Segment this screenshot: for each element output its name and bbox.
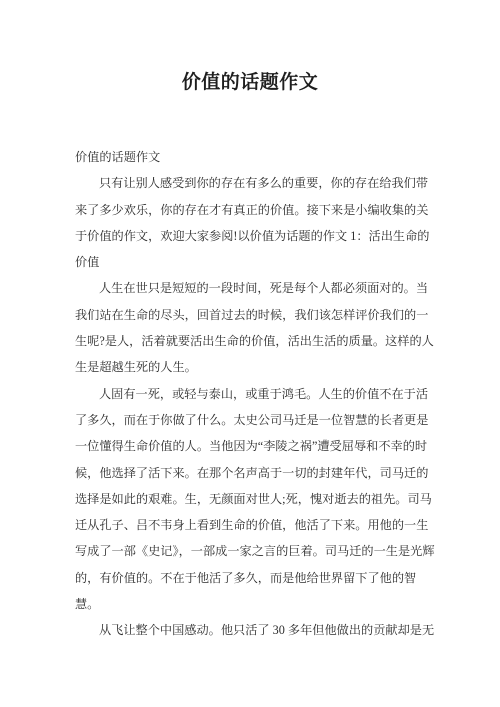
document-body: 价值的话题作文 只有让别人感受到你的存在有多么的重要，你的存在给我们带来了多少欢… — [75, 144, 431, 644]
text-line: 价值 — [75, 249, 431, 275]
text-line: 于价值的作文，欢迎大家参阅!以价值为话题的作文 1：活出生命的 — [75, 223, 431, 249]
body-paragraphs: 只有让别人感受到你的存在有多么的重要，你的存在给我们带来了多少欢乐，你的存在才有… — [75, 170, 431, 643]
text-line: 生呢?是人，活着就要活出生命的价值，活出生活的质量。这样的人 — [75, 328, 431, 354]
body-heading: 价值的话题作文 — [75, 144, 431, 170]
text-line: 慧。 — [75, 591, 431, 617]
text-line: 候，他选择了活下来。在那个名声高于一切的封建年代，司马迁的 — [75, 460, 431, 486]
text-line: 写成了一部《史记》，一部成一家之言的巨着。司马迁的一生是光辉 — [75, 538, 431, 564]
text-line: 一位懂得生命价值的人。当他因为“李陵之祸”遭受屈辱和不幸的时 — [75, 433, 431, 459]
text-line: 的，有价值的。不在于他活了多久，而是他给世界留下了他的智 — [75, 565, 431, 591]
text-line: 从飞让整个中国感动。他只活了 30 多年但他做出的贡献却是无 — [75, 617, 431, 643]
text-line: 了多久，而在于你做了什么。太史公司马迁是一位智慧的长者更是 — [75, 407, 431, 433]
text-line: 迁从孔子、吕不韦身上看到生命的价值，他活了下来。用他的一生 — [75, 512, 431, 538]
text-line: 我们站在生命的尽头，回首过去的时候，我们该怎样评价我们的一 — [75, 302, 431, 328]
text-line: 人生在世只是短短的一段时间，死是每个人都必须面对的。当 — [75, 275, 431, 301]
document-title: 价值的话题作文 — [0, 70, 500, 96]
text-line: 人固有一死，或轻与泰山，或重于鸿毛。人生的价值不在于活 — [75, 381, 431, 407]
text-line: 生是超越生死的人生。 — [75, 354, 431, 380]
document-page: 价值的话题作文 价值的话题作文 只有让别人感受到你的存在有多么的重要，你的存在给… — [0, 0, 500, 707]
text-line: 来了多少欢乐，你的存在才有真正的价值。接下来是小编收集的关 — [75, 197, 431, 223]
text-line: 选择是如此的艰难。生，无颜面对世人;死，愧对逝去的祖先。司马 — [75, 486, 431, 512]
text-line: 只有让别人感受到你的存在有多么的重要，你的存在给我们带 — [75, 170, 431, 196]
